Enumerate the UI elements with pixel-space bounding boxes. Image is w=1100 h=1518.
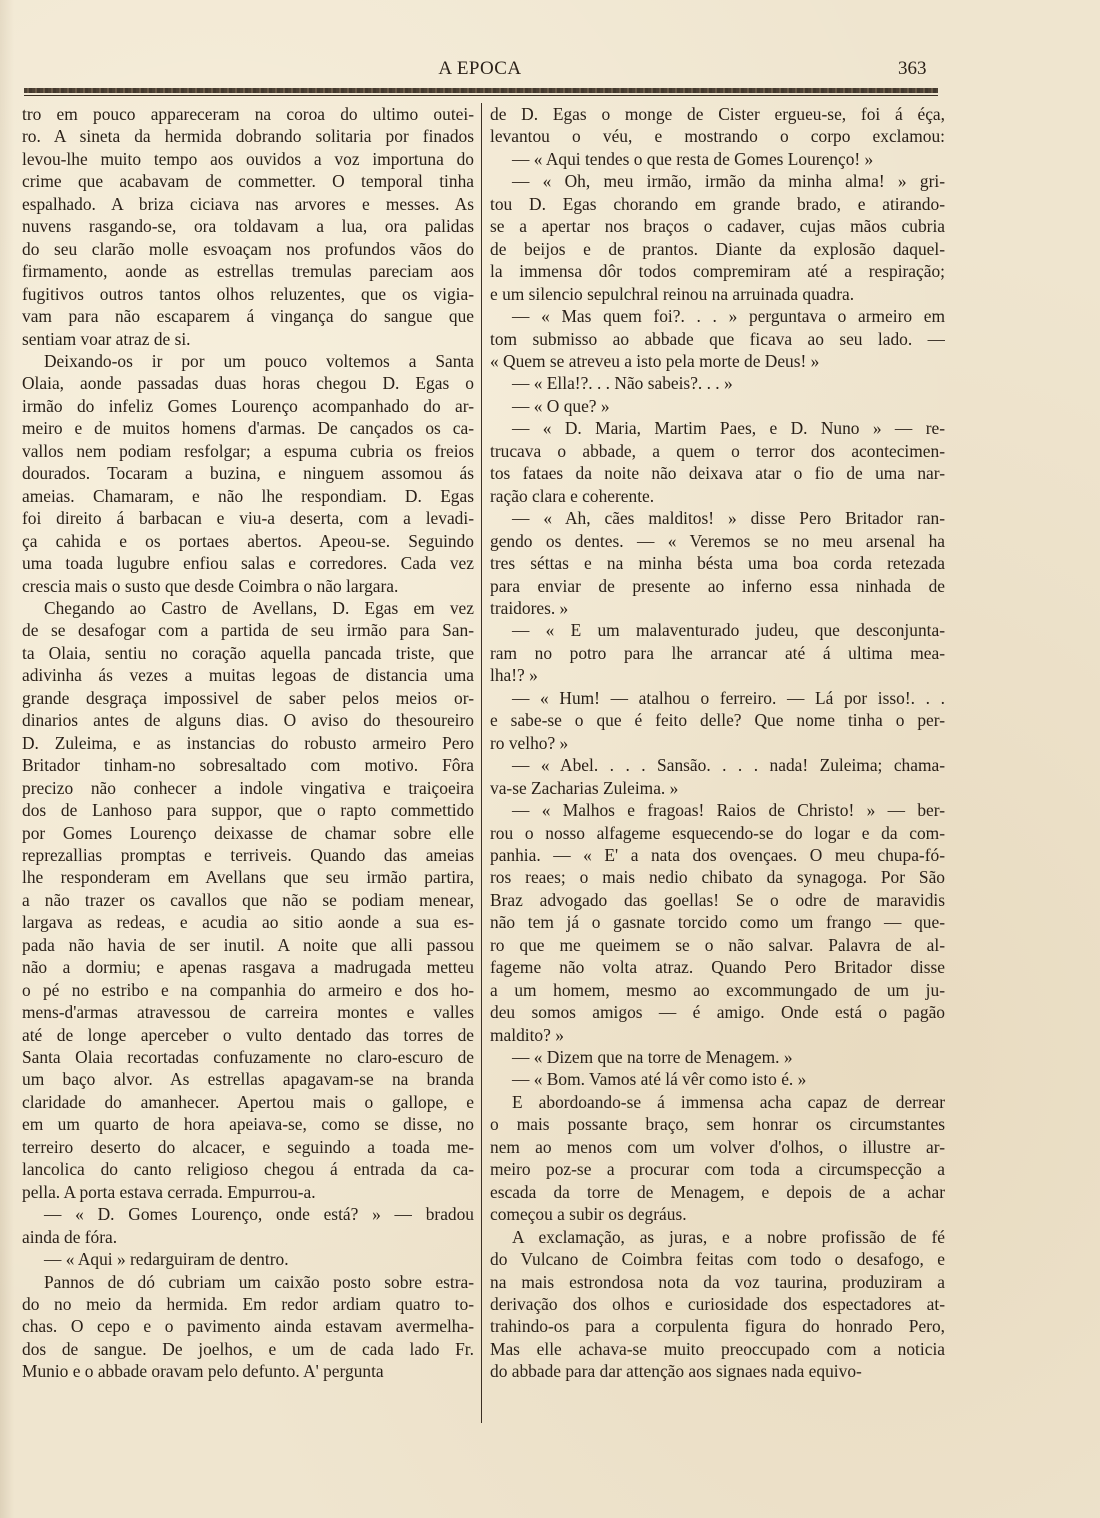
text-line: claridade do amanhecer. Apertou mais o g… — [22, 1091, 474, 1113]
right-text-column: de D. Egas o monge de Cister ergueu-se, … — [490, 103, 945, 1383]
text-line: deu somos amigos — é amigo. Onde está o … — [490, 1001, 945, 1023]
text-line: — « Bom. Vamos até lá vêr como isto é. » — [490, 1068, 945, 1090]
text-line: Mas elle achava-se muito preoccupado com… — [490, 1338, 945, 1360]
text-line: e um silencio sepulchral reinou na arrui… — [490, 283, 945, 305]
text-line: — « Malhos e fragoas! Raios de Christo! … — [490, 799, 945, 821]
header-ornamental-rule — [24, 88, 938, 93]
text-line: maldito? » — [490, 1024, 945, 1046]
text-line: o pé no estribo e na companhia do armeir… — [22, 979, 474, 1001]
text-line: mens-d'armas atravessou de carreira mont… — [22, 1001, 474, 1023]
text-line: gendo os dentes. — « Veremos se no meu a… — [490, 530, 945, 552]
text-line: trucava o abbade, a quem o terror dos ac… — [490, 440, 945, 462]
text-line: traidores. » — [490, 597, 945, 619]
text-line: trahindo-os para a corpulenta figura do … — [490, 1315, 945, 1337]
text-line: precizo não conhecer a indole vingativa … — [22, 777, 474, 799]
text-line: Chegando ao Castro de Avellans, D. Egas … — [22, 597, 474, 619]
text-line: Deixando-os ir por um pouco voltemos a S… — [22, 350, 474, 372]
text-line: reprezallias promptas e terriveis. Quand… — [22, 844, 474, 866]
text-line: — « Ella!?. . . Não sabeis?. . . » — [490, 372, 945, 394]
text-line: rou o nosso alfageme esquecendo-se do lo… — [490, 822, 945, 844]
text-line: dinarios antes de alguns dias. O aviso d… — [22, 709, 474, 731]
text-line: começou a subir os degráus. — [490, 1203, 945, 1225]
header-thin-rule — [24, 95, 938, 96]
text-line: lha!? » — [490, 664, 945, 686]
text-line: ainda de fóra. — [22, 1226, 474, 1248]
text-line: vam para não escaparem á vingança do san… — [22, 305, 474, 327]
text-line: tres séttas e na minha bésta uma boa cor… — [490, 552, 945, 574]
text-line: pella. A porta estava cerrada. Empurrou-… — [22, 1181, 474, 1203]
text-line: por Gomes Lourenço deixasse de chamar so… — [22, 822, 474, 844]
text-line: irmão do infeliz Gomes Lourenço acompanh… — [22, 395, 474, 417]
text-line: e sabe-se o que é feito delle? Que nome … — [490, 709, 945, 731]
text-line: o mais possante braço, sem honrar os cir… — [490, 1113, 945, 1135]
text-line: crime que acabavam de commetter. O tempo… — [22, 170, 474, 192]
text-line: ta Olaia, sentiu no coração aquella panc… — [22, 642, 474, 664]
text-line: do no meio da hermida. Em redor ardiam q… — [22, 1293, 474, 1315]
text-line: adivinha ás vezes a muitas legoas de dis… — [22, 664, 474, 686]
text-line: — « Aqui » redarguiram de dentro. — [22, 1248, 474, 1270]
text-line: de se desafogar com a partida de seu irm… — [22, 619, 474, 641]
text-line: — « O que? » — [490, 395, 945, 417]
text-line: até de longe aperceber o vulto dentado d… — [22, 1024, 474, 1046]
text-line: do seu clarão molle esvoaçam nos profund… — [22, 238, 474, 260]
text-line: tro em pouco appareceram na coroa do ult… — [22, 103, 474, 125]
text-line: — « Hum! — atalhou o ferreiro. — Lá por … — [490, 687, 945, 709]
text-line: de D. Egas o monge de Cister ergueu-se, … — [490, 103, 945, 125]
text-line: lhe responderam em Avellans que seu irmã… — [22, 866, 474, 888]
text-line: dos de Lanhoso para suppor, que o rapto … — [22, 799, 474, 821]
text-line: tou D. Egas chorando em grande brado, e … — [490, 193, 945, 215]
text-line: levantou o véu, e mostrando o corpo excl… — [490, 125, 945, 147]
text-line: ração clara e coherente. — [490, 485, 945, 507]
text-line: a não trazer os cavallos que não se podi… — [22, 889, 474, 911]
text-line: Braz advogado das goellas! Se o odre de … — [490, 889, 945, 911]
page-number: 363 — [898, 58, 927, 80]
text-line: — « Mas quem foi?. . . » perguntava o ar… — [490, 305, 945, 327]
text-line: ro velho? » — [490, 732, 945, 754]
text-line: — « E um malaventurado judeu, que descon… — [490, 619, 945, 641]
text-line: grande desgraça impossivel de saber pelo… — [22, 687, 474, 709]
text-line: meiro poz-se a procurar com toda a circu… — [490, 1158, 945, 1180]
text-line: tos fataes da noite não deixava atar o f… — [490, 462, 945, 484]
text-line: crescia mais o susto que desde Coimbra o… — [22, 575, 474, 597]
text-line: não a dormiu; e apenas rasgava a madruga… — [22, 956, 474, 978]
text-line: lancolica do canto religioso chegou á en… — [22, 1158, 474, 1180]
text-line: derivação dos olhos e curiosidade dos es… — [490, 1293, 945, 1315]
text-line: não tem já o gasnate torcido como um fra… — [490, 911, 945, 933]
text-line: do Vulcano de Coimbra feitas com todo o … — [490, 1248, 945, 1270]
text-line: — « Dizem que na torre de Menagem. » — [490, 1046, 945, 1068]
text-line: sentiam voar atraz de si. — [22, 328, 474, 350]
text-line: chas. O cepo e o pavimento ainda estavam… — [22, 1315, 474, 1337]
text-line: do abbade para dar attenção aos signaes … — [490, 1360, 945, 1382]
text-line: meiro e de muitos homens d'armas. De can… — [22, 417, 474, 439]
text-line: — « D. Gomes Lourenço, onde está? » — br… — [22, 1203, 474, 1225]
text-line: fugitivos outros tantos olhos reluzentes… — [22, 283, 474, 305]
text-line: ro. A sineta da hermida dobrando solitar… — [22, 125, 474, 147]
text-line: fageme não volta atraz. Quando Pero Brit… — [490, 956, 945, 978]
text-line: Olaia, aonde passadas duas horas chegou … — [22, 372, 474, 394]
text-line: terreiro deserto do alcacer, e seguindo … — [22, 1136, 474, 1158]
text-line: dourados. Tocaram a buzina, e ninguem as… — [22, 462, 474, 484]
text-line: — « D. Maria, Martim Paes, e D. Nuno » —… — [490, 417, 945, 439]
text-line: pada não havia de ser inutil. A noite qu… — [22, 934, 474, 956]
running-title: A EPOCA — [0, 58, 960, 80]
text-line: ça cahida e os portaes abertos. Apeou-se… — [22, 530, 474, 552]
text-line: nuvens rasgando-se, ora toldavam a lua, … — [22, 215, 474, 237]
text-line: levou-lhe muito tempo aos ouvidos a voz … — [22, 148, 474, 170]
text-line: de beijos e de prantos. Diante da explos… — [490, 238, 945, 260]
text-line: « Quem se atreveu a isto pela morte de D… — [490, 350, 945, 372]
left-text-column: tro em pouco appareceram na coroa do ult… — [22, 103, 474, 1383]
text-line: va-se Zacharias Zuleima. » — [490, 777, 945, 799]
text-line: foi direito á barbacan e viu-a deserta, … — [22, 507, 474, 529]
text-line: ameias. Chamaram, e não lhe respondiam. … — [22, 485, 474, 507]
text-line: se a apertar nos braços o cadaver, cujas… — [490, 215, 945, 237]
text-line: ro que me queimem se o não salvar. Palav… — [490, 934, 945, 956]
text-line: E abordoando-se á immensa acha capaz de … — [490, 1091, 945, 1113]
text-line: Santa Olaia recortadas confuzamente no c… — [22, 1046, 474, 1068]
text-line: Britador tinham-no sobresaltado com moti… — [22, 754, 474, 776]
text-line: em um quarto de hora apeiava-se, como se… — [22, 1113, 474, 1135]
text-line: ram no potro para lhe arrancar até á ult… — [490, 642, 945, 664]
text-line: para enviar de presente ao inferno essa … — [490, 575, 945, 597]
column-divider — [481, 103, 482, 1423]
text-line: na mais estrondosa nota da voz taurina, … — [490, 1271, 945, 1293]
text-line: A exclamação, as juras, e a nobre profis… — [490, 1226, 945, 1248]
text-line: la immensa dôr todos compremiram até a r… — [490, 260, 945, 282]
text-line: vallos nem podiam resfolgar; a espuma cu… — [22, 440, 474, 462]
text-line: — « Oh, meu irmão, irmão da minha alma! … — [490, 170, 945, 192]
text-line: a um homem, mesmo ao excommungado de um … — [490, 979, 945, 1001]
text-line: ros reaes; o mais nedio chibato da synag… — [490, 866, 945, 888]
text-line: firmamento, aonde as estrellas tremulas … — [22, 260, 474, 282]
text-line: largava as redeas, e acudia ao sitio aon… — [22, 911, 474, 933]
text-line: — « Abel. . . . Sansão. . . . nada! Zule… — [490, 754, 945, 776]
newspaper-page: A EPOCA 363 tro em pouco appareceram na … — [0, 0, 1100, 1518]
text-line: Munio e o abbade oravam pelo defunto. A'… — [22, 1360, 474, 1382]
text-line: um baço alvor. As estrellas apagavam-se … — [22, 1068, 474, 1090]
text-line: espalhado. A briza ciciava nas arvores e… — [22, 193, 474, 215]
text-line: escada da torre de Menagem, e depois de … — [490, 1181, 945, 1203]
text-line: nem ao menos com um volver d'olhos, o il… — [490, 1136, 945, 1158]
text-line: — « Ah, cães malditos! » disse Pero Brit… — [490, 507, 945, 529]
text-line: D. Zuleima, e as instancias do robusto a… — [22, 732, 474, 754]
text-line: uma toada lugubre enfiou salas e corredo… — [22, 552, 474, 574]
text-line: tom submisso ao abbade que ficava ao seu… — [490, 328, 945, 350]
text-line: Pannos de dó cubriam um caixão posto sob… — [22, 1271, 474, 1293]
text-line: dos de sangue. De joelhos, e um de cada … — [22, 1338, 474, 1360]
text-line: — « Aqui tendes o que resta de Gomes Lou… — [490, 148, 945, 170]
text-line: panhia. — « E' a nata dos ovençaes. O me… — [490, 844, 945, 866]
